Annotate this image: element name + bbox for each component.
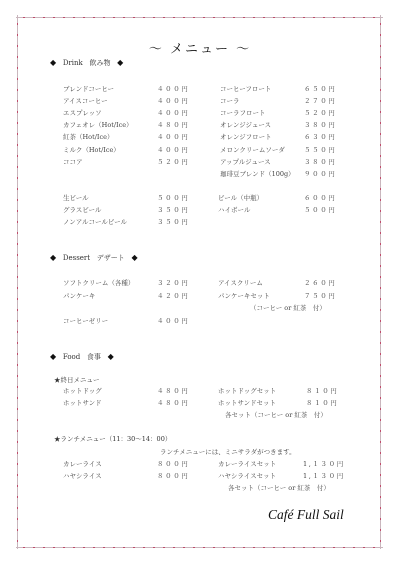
menu-item-price: ３５０円	[157, 217, 189, 226]
menu-item-name: カレーライスセット	[218, 459, 276, 468]
menu-item-price: ６３０円	[304, 132, 336, 141]
diamond-icon: ◆	[108, 352, 114, 361]
menu-item-price: ３８０円	[304, 120, 336, 129]
diamond-icon: ◆	[50, 253, 56, 262]
menu-item-price: ４００円	[157, 145, 189, 154]
menu-item-name: メロンクリームソーダ	[220, 145, 285, 154]
diamond-icon: ◆	[117, 58, 123, 67]
menu-item-price: ８１０円	[306, 398, 338, 407]
menu-item-price: ４８０円	[157, 120, 189, 129]
menu-item-name: アップルジュース	[220, 157, 271, 166]
menu-item-price: ５００円	[157, 193, 189, 202]
menu-item-price: ４８０円	[157, 386, 189, 395]
menu-item-name: コーヒーフロート	[220, 84, 271, 93]
menu-item-price: ４８０円	[157, 398, 189, 407]
menu-item-price: ４００円	[157, 108, 189, 117]
border-top	[16, 15, 383, 19]
menu-item-name: ホットサンド	[63, 398, 102, 407]
menu-item-price: ４００円	[157, 132, 189, 141]
menu-item-name: ホットドッグセット	[218, 386, 276, 395]
menu-item-name: カフェオレ（Hot/Ice）	[63, 120, 133, 129]
menu-item-name: ブレンドコーヒー	[63, 84, 114, 93]
menu-item-price: 1,１３０円	[303, 471, 345, 480]
border-right	[379, 15, 383, 549]
menu-item-price: ６００円	[304, 193, 336, 202]
lunch-menu-label: ★ランチメニュー（11：30〜14：00）	[54, 434, 171, 443]
menu-item-name: オレンジフロート	[220, 132, 272, 141]
menu-item-name: パンケーキ	[63, 291, 95, 300]
page-title: 〜 メニュー 〜	[0, 38, 400, 57]
section-heading-food: ◆ Food 食事 ◆	[50, 352, 114, 362]
menu-item-name: グラスビール	[63, 205, 101, 214]
menu-item-name: アイスコーヒー	[63, 96, 108, 105]
menu-item-price: ４２０円	[157, 291, 189, 300]
menu-item-name: ホットサンドセット	[218, 398, 276, 407]
menu-item-name: ノンアルコールビール	[63, 217, 127, 226]
menu-item-price: ２６０円	[304, 278, 336, 287]
menu-item-name: ハヤシライスセット	[218, 471, 276, 480]
border-bottom	[16, 545, 383, 549]
menu-item-price: 1,１３０円	[303, 459, 345, 468]
menu-item-price: ５２０円	[157, 157, 189, 166]
dessert-set-note: （コーヒー or 紅茶 付）	[250, 303, 326, 312]
diamond-icon: ◆	[131, 253, 137, 262]
menu-item-name: オレンジジュース	[220, 120, 271, 129]
menu-item-name: エスプレッソ	[63, 108, 102, 117]
section-heading-dessert: ◆ Dessert デザート ◆	[50, 253, 138, 263]
menu-item-price: ５２０円	[304, 108, 336, 117]
menu-item-price: ７５０円	[304, 291, 336, 300]
allday-menu-label: ★終日メニュー	[54, 375, 100, 384]
allday-set-note: 各セット（コーヒー or 紅茶 付）	[225, 410, 327, 419]
menu-item-price: ５５０円	[304, 145, 336, 154]
menu-item-name: ハヤシライス	[63, 471, 102, 480]
border-left	[16, 15, 20, 549]
menu-item-name: ホットドッグ	[63, 386, 102, 395]
menu-item-name: コーヒーゼリー	[63, 316, 108, 325]
menu-item-price: ４００円	[157, 84, 189, 93]
menu-item-name: ソフトクリーム（各種）	[63, 278, 134, 287]
menu-item-price: ４００円	[157, 96, 189, 105]
menu-item-name: 生ビール	[63, 193, 89, 202]
menu-item-price: ５００円	[304, 205, 336, 214]
menu-item-name: 紅茶（Hot/Ice）	[63, 132, 113, 141]
menu-item-price: ３５０円	[157, 205, 189, 214]
menu-item-name: ミルク（Hot/Ice）	[63, 145, 120, 154]
menu-item-name: パンケーキセット	[218, 291, 270, 300]
menu-item-name: ハイボール	[218, 205, 250, 214]
section-heading-drink: ◆ Drink 飲み物 ◆	[50, 58, 123, 68]
menu-item-price: ８００円	[157, 459, 189, 468]
cafe-brand-name: Café Full Sail	[268, 507, 344, 523]
menu-item-price: ８００円	[157, 471, 189, 480]
menu-item-price: ８１０円	[306, 386, 338, 395]
menu-item-price: ４００円	[157, 316, 189, 325]
menu-item-name: ビール（中瓶）	[218, 193, 263, 202]
menu-item-name: コーラ	[220, 96, 240, 105]
menu-item-price: ３８０円	[304, 157, 336, 166]
menu-item-name: ココア	[63, 157, 83, 166]
menu-item-name: アイスクリーム	[218, 278, 263, 287]
menu-item-name: カレーライス	[63, 459, 102, 468]
menu-item-name: コーラフロート	[220, 108, 266, 117]
menu-item-name: 珈琲豆ブレンド（100g）	[220, 169, 295, 178]
lunch-set-note: 各セット（コーヒー or 紅茶 付）	[228, 483, 330, 492]
menu-item-price: ９００円	[304, 169, 336, 178]
diamond-icon: ◆	[50, 58, 56, 67]
lunch-info: ランチメニューには、ミニサラダがつきます。	[160, 447, 296, 456]
menu-item-price: ２７０円	[304, 96, 336, 105]
menu-item-price: ３２０円	[157, 278, 189, 287]
diamond-icon: ◆	[50, 352, 56, 361]
menu-item-price: ６５０円	[304, 84, 336, 93]
